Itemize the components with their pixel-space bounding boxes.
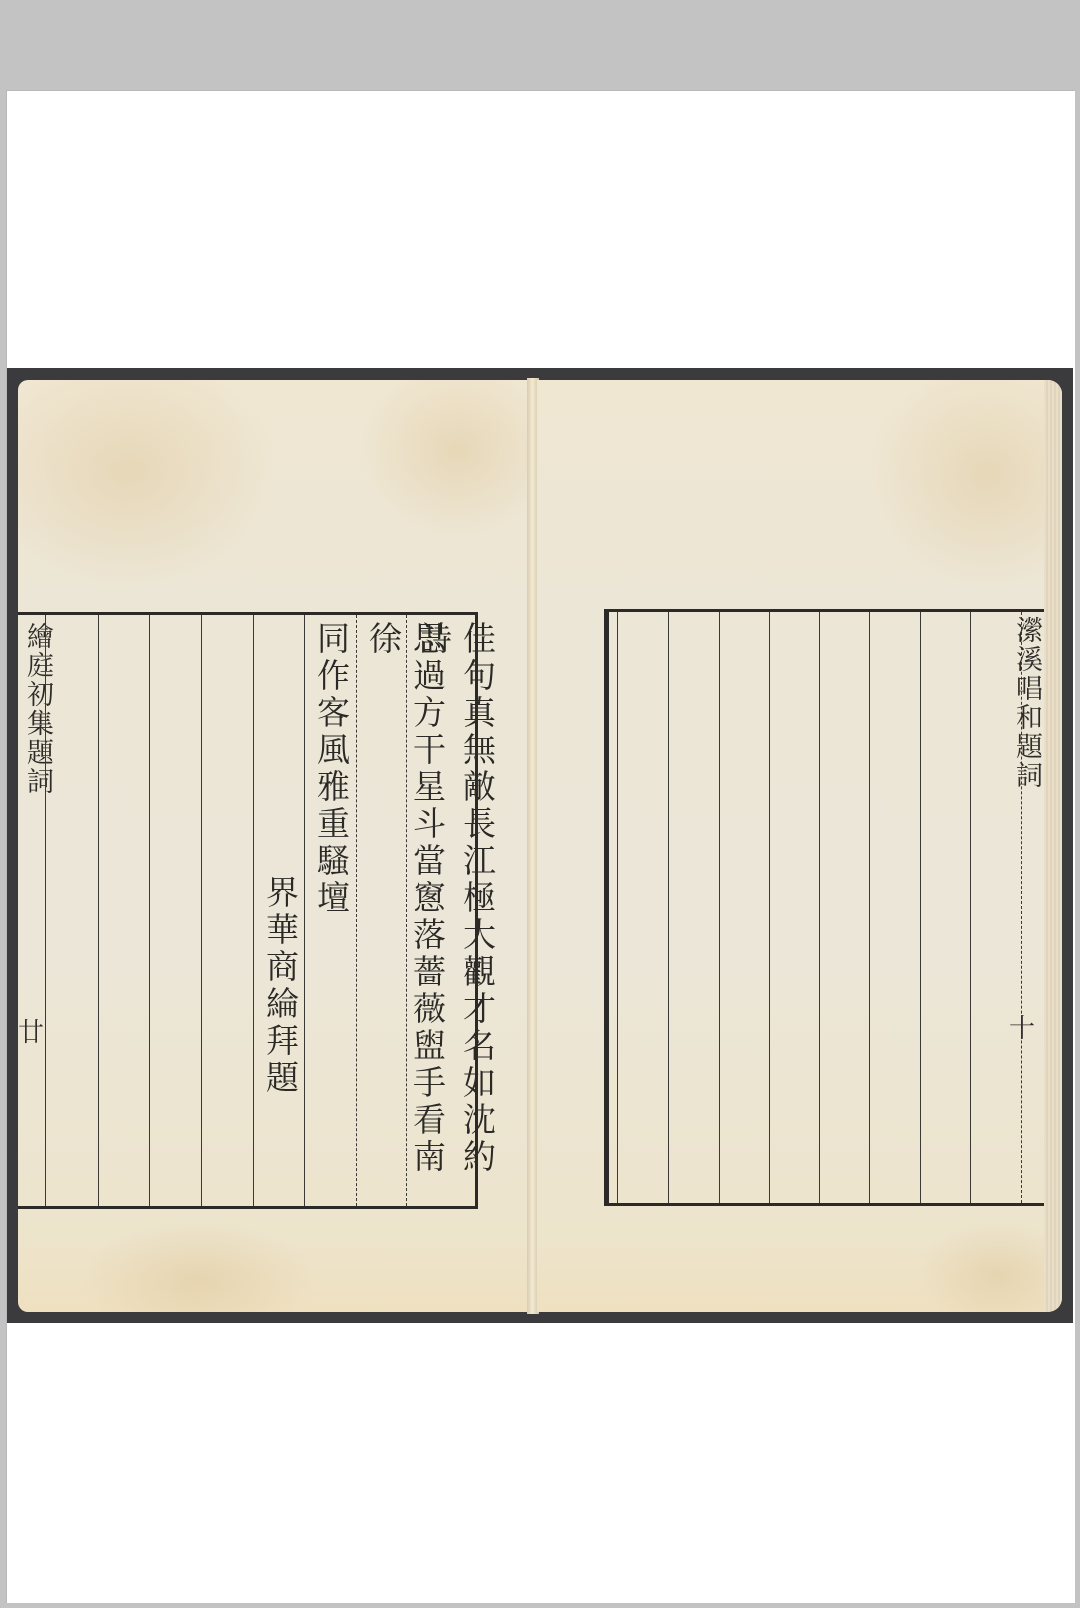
column-rule	[920, 612, 921, 1203]
paper-stain	[78, 1220, 318, 1312]
column-rule	[45, 615, 46, 1206]
text-column-signature: 界華商綸拜題	[258, 875, 302, 1097]
left-page: 繪庭初集題詞 廿 佳句真無敵長江極大觀才名如沈約詩 思過方干星斗當窻落薔薇盥手看…	[18, 380, 531, 1312]
text-column-3: 同作客風雅重騷壇	[309, 621, 353, 917]
right-folio-number: 十	[1009, 1008, 1035, 1045]
column-rule	[769, 612, 770, 1203]
right-printed-frame	[604, 609, 1062, 1206]
column-rule	[970, 612, 971, 1203]
text-column-2: 思過方干星斗當窻落薔薇盥手看南徐	[361, 621, 449, 1206]
paper-stain	[867, 380, 1062, 590]
column-rule	[668, 612, 669, 1203]
column-rule	[719, 612, 720, 1203]
paper-stain	[18, 380, 278, 590]
book-scan: 繪庭初集題詞 廿 佳句真無敵長江極大觀才名如沈約詩 思過方干星斗當窻落薔薇盥手看…	[7, 368, 1073, 1323]
column-rule	[356, 615, 357, 1206]
right-margin-title: 瀠溪唱和題詞	[1007, 616, 1046, 790]
page-fore-edge	[1044, 380, 1062, 1312]
paper-stain	[358, 380, 531, 540]
column-rule	[819, 612, 820, 1203]
column-rule	[98, 615, 99, 1206]
right-page: 瀠溪唱和題詞 十	[537, 380, 1062, 1312]
column-rule	[149, 615, 150, 1206]
column-rule	[617, 612, 618, 1203]
column-rule	[304, 615, 305, 1206]
column-rule	[869, 612, 870, 1203]
paper-stain	[917, 1220, 1062, 1312]
left-printed-frame: 佳句真無敵長江極大觀才名如沈約詩 思過方干星斗當窻落薔薇盥手看南徐 同作客風雅重…	[18, 612, 478, 1209]
column-rule	[201, 615, 202, 1206]
column-rule	[253, 615, 254, 1206]
